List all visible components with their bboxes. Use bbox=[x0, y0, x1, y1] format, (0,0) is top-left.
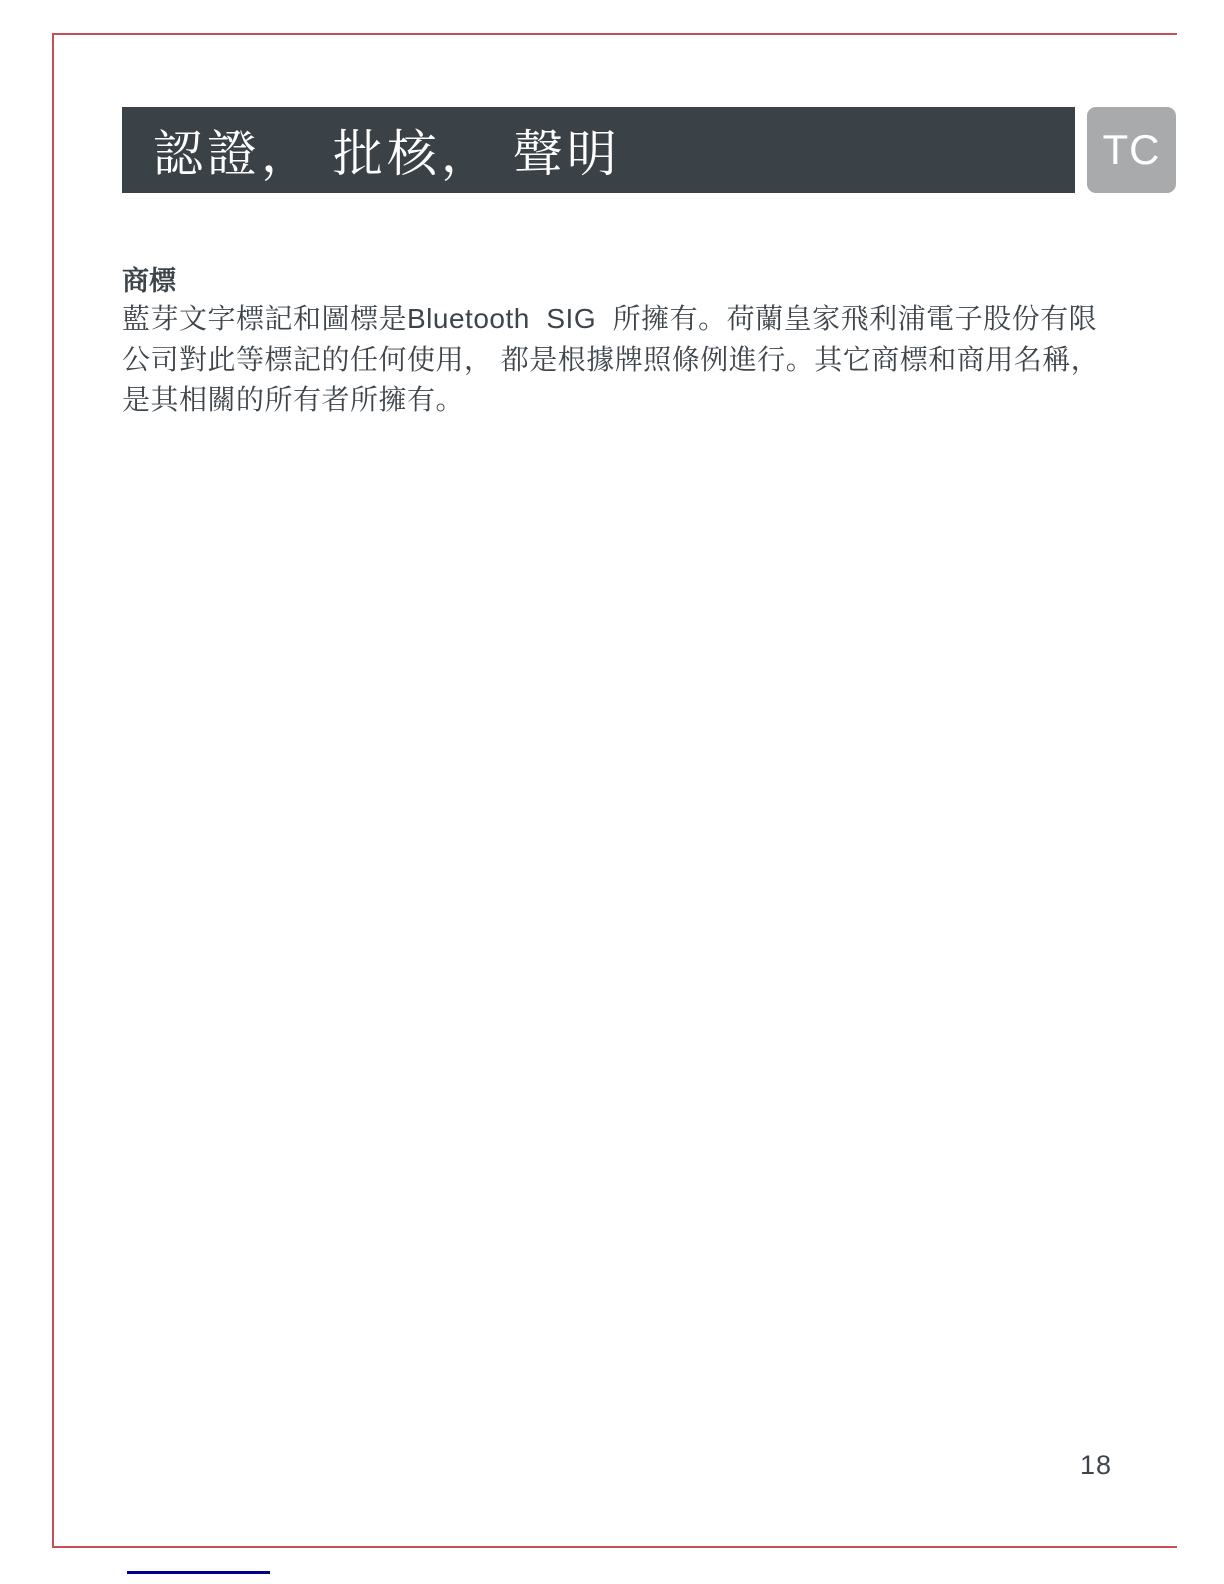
manual-page: 認證， 批核， 聲明 TC 商標 藍芽文字標記和圖標是Bluetooth SIG… bbox=[0, 0, 1224, 1584]
trademark-paragraph: 藍芽文字標記和圖標是Bluetooth SIG 所擁有。荷蘭皇家飛利浦電子股份有… bbox=[122, 299, 1112, 421]
chapter-title-bar: 認證， 批核， 聲明 bbox=[122, 107, 1075, 193]
paragraph-line-2: 公司對此等標記的任何使用， 都是根據牌照條例進行。其它商標和商用名稱， bbox=[122, 340, 1112, 381]
page-frame-left bbox=[52, 33, 54, 1548]
footer-navy-line bbox=[127, 1571, 270, 1574]
language-badge: TC bbox=[1087, 107, 1176, 193]
page-frame-bottom bbox=[52, 1546, 1177, 1548]
section-heading-trademark: 商標 bbox=[122, 259, 176, 298]
paragraph-line-1: 藍芽文字標記和圖標是Bluetooth SIG 所擁有。荷蘭皇家飛利浦電子股份有… bbox=[122, 299, 1112, 340]
chapter-title: 認證， 批核， 聲明 bbox=[153, 114, 621, 186]
paragraph-line-3: 是其相關的所有者所擁有。 bbox=[122, 380, 1112, 421]
page-number: 18 bbox=[1080, 1450, 1112, 1481]
page-frame-top bbox=[52, 33, 1177, 35]
